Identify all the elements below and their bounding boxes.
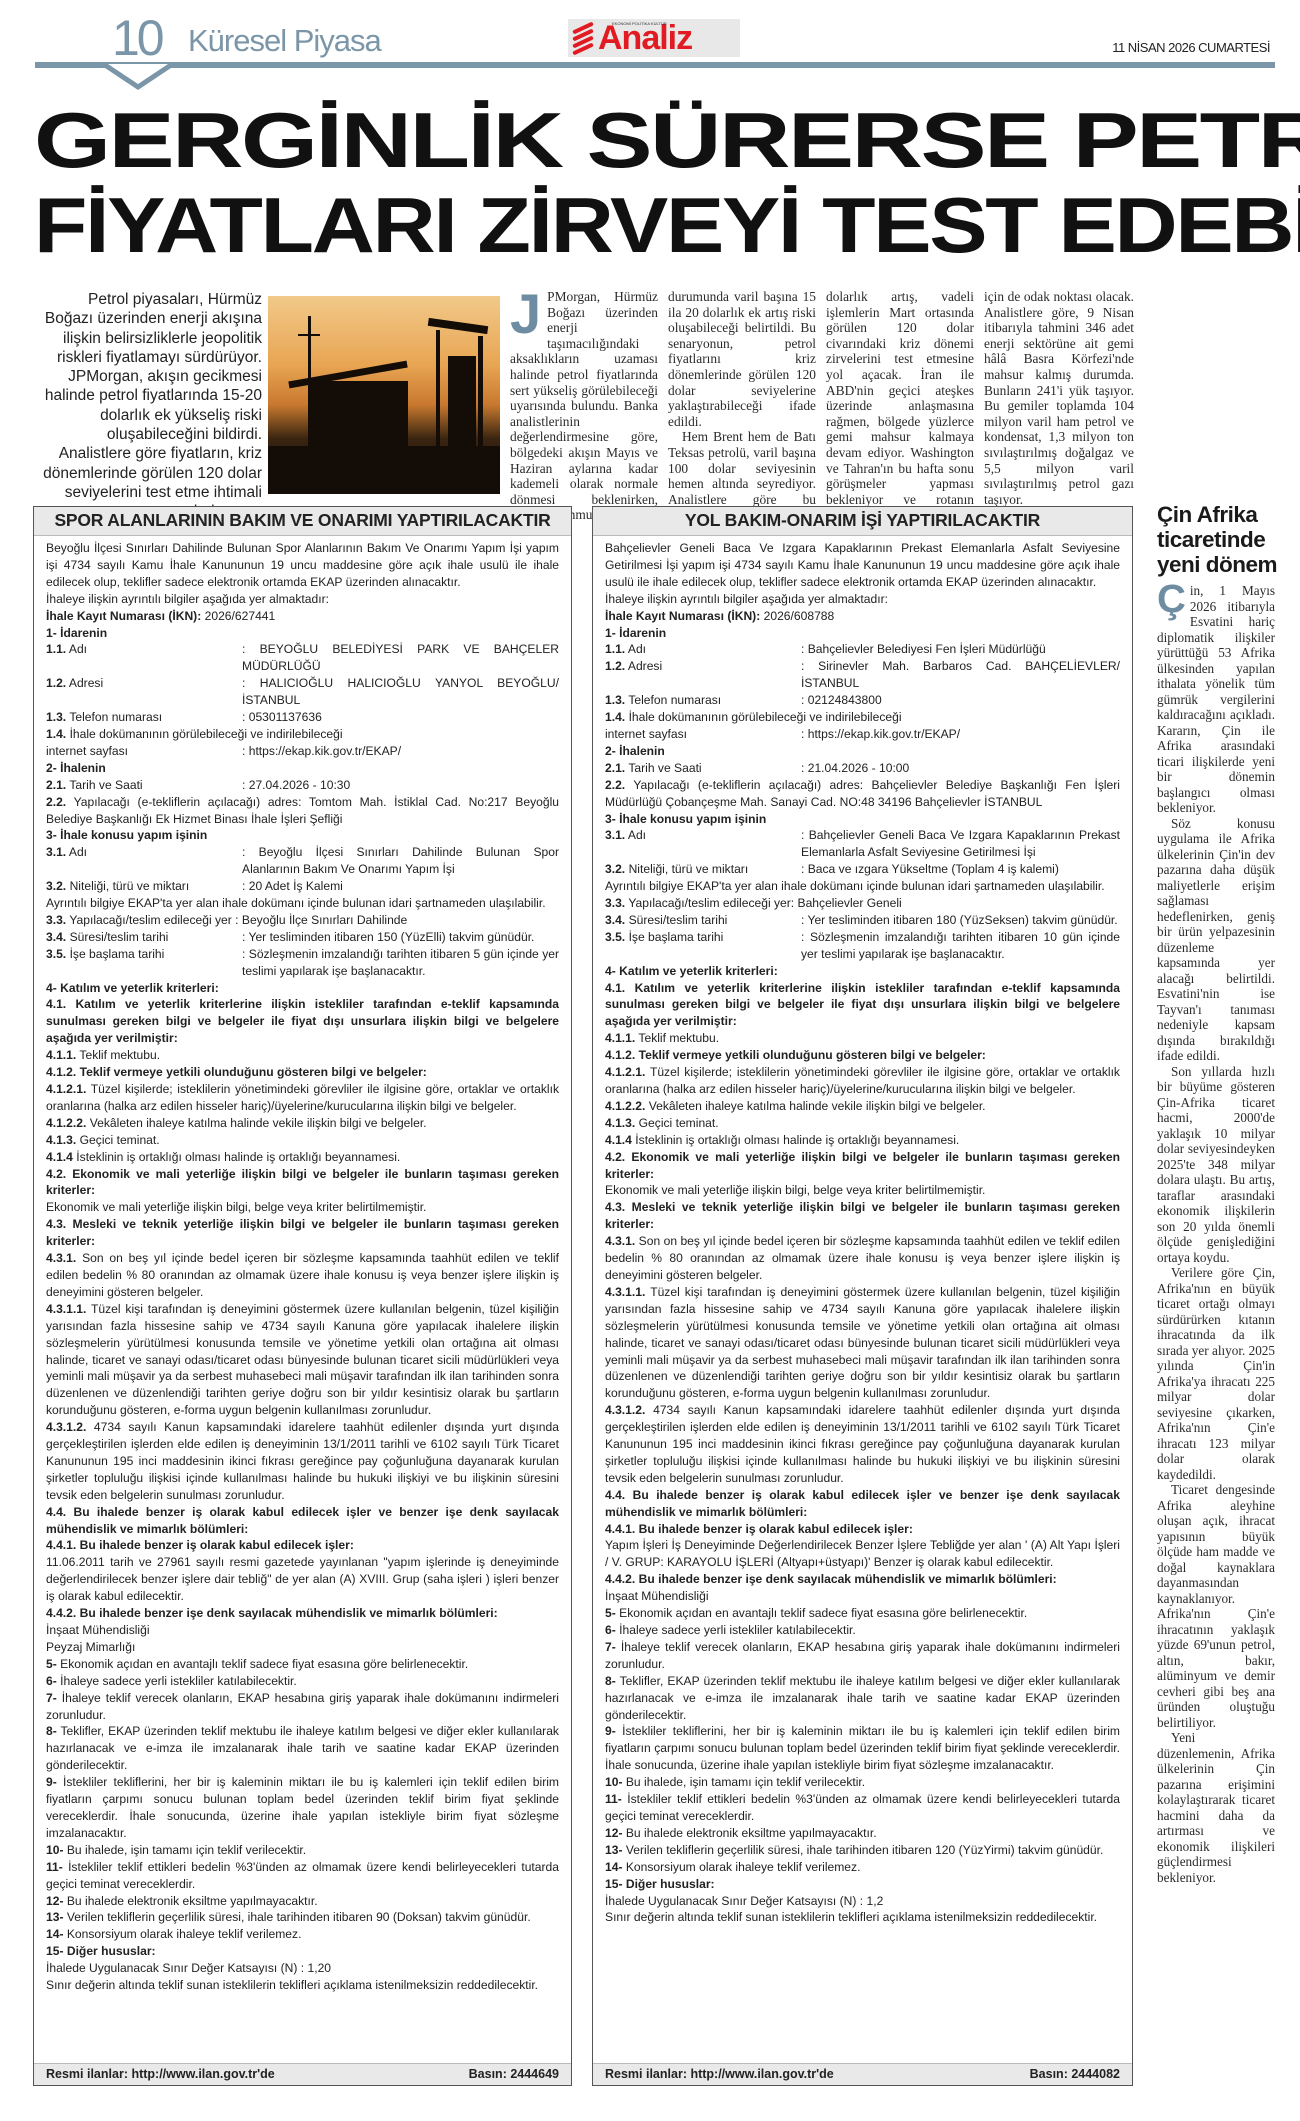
notice-text: : Sirinevler Mah. Barbaros Cad. BAHÇELİE…: [801, 658, 1120, 692]
masthead-rule: [35, 62, 1275, 68]
notice-text: : Baca ve ızgara Yükseltme (Toplam 4 iş …: [801, 861, 1120, 878]
notice-text: İşe başlama tarihi: [70, 947, 165, 961]
section-heading: 1- İdarenin: [605, 625, 1120, 642]
notice-text: 8-: [46, 1724, 57, 1738]
notice-text: Vekâleten ihaleye katılma halinde vekile…: [90, 1116, 427, 1130]
notice-text: 3.4.: [605, 913, 625, 927]
field-paragraph: 4.1.2.2. Vekâleten ihaleye katılma halin…: [46, 1115, 559, 1132]
field-paragraph: 4.1.1. Teklif mektubu.: [605, 1030, 1120, 1047]
notice-text: : Bahçelievler Geneli Baca Ve Izgara Kap…: [801, 827, 1120, 861]
notice-text: Tüzel kişi tarafından iş deneyimini göst…: [605, 1285, 1120, 1400]
field-paragraph: 11- İstekliler teklif ettikleri bedelin …: [605, 1791, 1120, 1825]
notice-text: internet sayfası: [46, 743, 242, 760]
logo-tagline: EKONOMİ POLİTİKA KÜLTÜR: [612, 21, 667, 26]
section-subheading: 4.4.1. Bu ihalede benzer iş olarak kabul…: [46, 1537, 559, 1554]
notice-text: Bu ihalede, işin tamamı için teklif veri…: [67, 1843, 306, 1857]
notice-text: İhaleye teklif verecek olanların, EKAP h…: [46, 1691, 559, 1722]
article-paragraph: durumunda varil başına 15 ila 20 dolarlı…: [668, 289, 816, 429]
notice-text: 3.2.: [46, 879, 66, 893]
section-subheading: 4.4. Bu ihalede benzer iş olarak kabul e…: [605, 1487, 1120, 1521]
notice-text: İhale Kayıt Numarası (İKN):: [605, 609, 760, 623]
section-heading: 2- İhalenin: [605, 743, 1120, 760]
field-paragraph: 6- İhaleye sadece yerli istekliler katıl…: [605, 1622, 1120, 1639]
notice-text: 4.3.1.1.: [605, 1285, 645, 1299]
field-paragraph: Sınır değerin altında teklif sunan istek…: [605, 1909, 1120, 1926]
field-paragraph: 5- Ekonomik açıdan en avantajlı teklif s…: [46, 1656, 559, 1673]
notice-text: İhale dokümanının görülebileceği ve indi…: [70, 727, 343, 741]
notice-intro: Beyoğlu İlçesi Sınırları Dahilinde Bulun…: [46, 540, 559, 591]
field-row: 2.1. Tarih ve Saati: 21.04.2026 - 10:00: [605, 760, 1120, 777]
field-paragraph: 5- Ekonomik açıdan en avantajlı teklif s…: [605, 1605, 1120, 1622]
field-row: 2.1. Tarih ve Saati: 27.04.2026 - 10:30: [46, 777, 559, 794]
notice-text: Telefon numarası: [628, 693, 721, 707]
field-row: 1.2. Adresi: HALICIOĞLU HALICIOĞLU YANYO…: [46, 675, 559, 709]
field-row: internet sayfası: https://ekap.kik.gov.t…: [605, 726, 1120, 743]
field-label: 1.4. İhale dokümanının görülebileceği ve…: [46, 726, 559, 743]
article-column-4: için de odak noktası olacak. Analistlere…: [984, 289, 1134, 507]
field-paragraph: Peyzaj Mimarlığı: [46, 1639, 559, 1656]
notice-text: 11-: [605, 1792, 622, 1806]
notice-text: 4.3.1.: [605, 1234, 635, 1248]
notice-footer: Resmi ilanlar: http://www.ilan.gov.tr'de…: [593, 2063, 1132, 2085]
field-paragraph: 13- Verilen tekliflerin geçerlilik süres…: [46, 1909, 559, 1926]
notice-text: 2.2.: [46, 795, 66, 809]
notice-text: İhaleye teklif verecek olanların, EKAP h…: [605, 1640, 1120, 1671]
notice-text: 2026/608788: [764, 609, 835, 623]
notice-text: Teklifler, EKAP üzerinden teklif mektubu…: [46, 1724, 559, 1772]
notice-text: 1.2.: [605, 659, 625, 673]
headline-line-1: GERGİNLİK SÜRERSE PETROL: [34, 98, 1300, 183]
field-paragraph: 10- Bu ihalede, işin tamamı için teklif …: [605, 1774, 1120, 1791]
notice-text: 4.1.4: [46, 1150, 73, 1164]
notice-text: Bu ihalede elektronik eksiltme yapılmaya…: [67, 1894, 318, 1908]
notice-text: İstekliler teklif ettikleri bedelin %3'ü…: [605, 1792, 1120, 1823]
side-paragraph: Yeni düzenlemenin, Afrika ülkelerinin Çi…: [1157, 1730, 1275, 1885]
notice-text: 3.3.: [46, 913, 66, 927]
section-heading: 3- İhale konusu yapım işinin: [605, 811, 1120, 828]
notice-text: 7-: [605, 1640, 616, 1654]
notice-text: : 21.04.2026 - 10:00: [801, 760, 1120, 777]
section-subheading: 4.3. Mesleki ve teknik yeterliğe ilişkin…: [46, 1216, 559, 1250]
notice-text: 12-: [46, 1894, 63, 1908]
field-paragraph: Ayrıntılı bilgiye EKAP'ta yer alan ihale…: [605, 878, 1120, 895]
notice-text: 1.4.: [605, 710, 625, 724]
notice-text: Tarih ve Saati: [628, 761, 701, 775]
notice-text: : Sözleşmenin imzalandığı tarihten itiba…: [242, 946, 559, 980]
notice-text: Adı: [69, 642, 87, 656]
official-notices-link[interactable]: Resmi ilanlar: http://www.ilan.gov.tr'de: [46, 2066, 275, 2083]
notice-text: İhaleye sadece yerli istekliler katılabi…: [60, 1674, 297, 1688]
notice-text: : Yer tesliminden itibaren 180 (YüzSekse…: [801, 912, 1120, 929]
oil-pumpjack-photo: [268, 296, 500, 494]
notice-text: : Beyoğlu İlçesi Sınırları Dahilinde Bul…: [242, 844, 559, 878]
section-subheading: 4.1. Katılım ve yeterlik kriterlerine il…: [605, 980, 1120, 1031]
notice-text: 3.2.: [605, 862, 625, 876]
notice-intro: Bahçelievler Geneli Baca Ve Izgara Kapak…: [605, 540, 1120, 591]
field-paragraph: 13- Verilen tekliflerin geçerlilik süres…: [605, 1842, 1120, 1859]
article-column-2: durumunda varil başına 15 ila 20 dolarlı…: [668, 289, 816, 523]
section-heading: 4- Katılım ve yeterlik kriterleri:: [605, 963, 1120, 980]
section-heading: 15- Diğer hususlar:: [46, 1943, 559, 1960]
notice-text: 1.4.: [46, 727, 66, 741]
section-subheading: 4.1.2. Teklif vermeye yetkili olunduğunu…: [46, 1064, 559, 1081]
notice-text: Son on beş yıl içinde bedel içeren bir s…: [605, 1234, 1120, 1282]
field-row: 3.5. İşe başlama tarihi: Sözleşmenin imz…: [605, 929, 1120, 963]
notice-text: 4.1.3.: [605, 1116, 635, 1130]
side-story-body: Çin, 1 Mayıs 2026 itibarıyla Esvatini ha…: [1157, 583, 1275, 1885]
notice-text: 3.5.: [605, 930, 625, 944]
notice-text: 4.3.1.2.: [605, 1403, 645, 1417]
notice-text: : BEYOĞLU BELEDİYESİ PARK VE BAHÇELER MÜ…: [242, 641, 559, 675]
notice-text: 10-: [46, 1843, 63, 1857]
article-column-3: dolarlık artış, vadeli işlemlerin Mart o…: [826, 289, 974, 523]
field-paragraph: 4.1.3. Geçici teminat.: [605, 1115, 1120, 1132]
notice-text: Verilen tekliflerin geçerlilik süresi, i…: [67, 1910, 531, 1924]
notice-text: 1.3.: [46, 710, 66, 724]
field-paragraph: 9- İstekliler tekliflerini, her bir iş k…: [605, 1723, 1120, 1774]
notice-text: 4.1.2.2.: [46, 1116, 86, 1130]
side-dropcap-letter: Ç: [1157, 583, 1186, 615]
field-row: 3.5. İşe başlama tarihi: Sözleşmenin imz…: [46, 946, 559, 980]
field-paragraph: 11.06.2011 tarih ve 27961 sayılı resmi g…: [46, 1554, 559, 1605]
side-paragraph: Verilere göre Çin, Afrika'nın en büyük t…: [1157, 1265, 1275, 1482]
field-paragraph: 4.1.2.2. Vekâleten ihaleye katılma halin…: [605, 1098, 1120, 1115]
field-row: 1.2. Adresi: Sirinevler Mah. Barbaros Ca…: [605, 658, 1120, 692]
tender-registration-number: İhale Kayıt Numarası (İKN): 2026/608788: [605, 608, 1120, 625]
field-row: 1.3. Telefon numarası: 02124843800: [605, 692, 1120, 709]
article-paragraph: için de odak noktası olacak. Analistlere…: [984, 289, 1134, 507]
notice-text: Teklifler, EKAP üzerinden teklif mektubu…: [605, 1674, 1120, 1722]
article-column-1: JPMorgan, Hürmüz Boğazı üzerinden enerji…: [510, 289, 658, 523]
article-paragraph: dolarlık artış, vadeli işlemlerin Mart o…: [826, 289, 974, 523]
notice-text: 2.2.: [605, 778, 625, 792]
section-heading: 2- İhalenin: [46, 760, 559, 777]
side-story-title: Çin Afrika ticaretinde yeni dönem: [1157, 502, 1297, 577]
section-subheading: 4.4.2. Bu ihalede benzer işe denk sayıla…: [46, 1605, 559, 1622]
notice-text: Teklif mektubu.: [79, 1048, 160, 1062]
press-code: Basın: 2444649: [469, 2066, 559, 2083]
notice-text: 1.1.: [46, 642, 66, 656]
field-paragraph: 2.2. Yapılacağı (e-tekliflerin açılacağı…: [46, 794, 559, 828]
headline-line-2: FİYATLARI ZİRVEYİ TEST EDEBİLİR: [34, 183, 1300, 268]
field-row: 3.1. Adı: Bahçelievler Geneli Baca Ve Iz…: [605, 827, 1120, 861]
article-lead: Petrol piyasaları, Hürmüz Boğazı üzerind…: [40, 290, 262, 522]
ekap-link[interactable]: : https://ekap.kik.gov.tr/EKAP/: [801, 726, 1120, 743]
notice-text: Tarih ve Saati: [69, 778, 142, 792]
notice-text: Verilen tekliflerin geçerlilik süresi, i…: [626, 1843, 1103, 1857]
notice-text: Ekonomik açıdan en avantajlı teklif sade…: [619, 1606, 1027, 1620]
field-paragraph: 3.3. Yapılacağı/teslim edileceği yer : B…: [46, 912, 559, 929]
section-subheading: 4.4.2. Bu ihalede benzer işe denk sayıla…: [605, 1571, 1120, 1588]
notice-text: Bu ihalede elektronik eksiltme yapılmaya…: [626, 1826, 877, 1840]
field-paragraph: 8- Teklifler, EKAP üzerinden teklif mekt…: [46, 1723, 559, 1774]
section-subheading: 4.2. Ekonomik ve mali yeterliğe ilişkin …: [46, 1166, 559, 1200]
notice-text: 3.1.: [46, 845, 66, 859]
field-paragraph: 2.2. Yapılacağı (e-tekliflerin açılacağı…: [605, 777, 1120, 811]
notice-text: 4.3.1.2.: [46, 1420, 86, 1434]
field-paragraph: 4.3.1.2. 4734 sayılı Kanun kapsamındaki …: [46, 1419, 559, 1504]
field-paragraph: 10- Bu ihalede, işin tamamı için teklif …: [46, 1842, 559, 1859]
notice-intro-2: İhaleye ilişkin ayrıntılı bilgiler aşağı…: [605, 591, 1120, 608]
notice-text: 3.1.: [605, 828, 625, 842]
field-paragraph: 3.3. Yapılacağı/teslim edileceği yer: Ba…: [605, 895, 1120, 912]
notice-text: Konsorsiyum olarak ihaleye teklif verile…: [67, 1927, 302, 1941]
field-row: internet sayfası: https://ekap.kik.gov.t…: [46, 743, 559, 760]
notice-text: Adresi: [628, 659, 662, 673]
field-row: 3.4. Süresi/teslim tarihi: Yer teslimind…: [605, 912, 1120, 929]
field-paragraph: 4.1.1. Teklif mektubu.: [46, 1047, 559, 1064]
field-paragraph: Ayrıntılı bilgiye EKAP'ta yer alan ihale…: [46, 895, 559, 912]
notice-text: 3.3.: [605, 896, 625, 910]
notice-text: İhale dokümanının görülebileceği ve indi…: [629, 710, 902, 724]
notice-text: Teklif mektubu.: [638, 1031, 719, 1045]
notice-text: 1.1.: [605, 642, 625, 656]
notice-text: İstekliler tekliflerini, her bir iş kale…: [605, 1724, 1120, 1772]
notice-text: 13-: [605, 1843, 622, 1857]
notice-footer: Resmi ilanlar: http://www.ilan.gov.tr'de…: [34, 2063, 571, 2085]
logo-swirl-icon: [572, 23, 594, 53]
field-row: 3.2. Niteliği, türü ve miktarı: Baca ve …: [605, 861, 1120, 878]
notice-text: 2.1.: [605, 761, 625, 775]
side-paragraph: Ticaret dengesinde Afrika aleyhine oluşa…: [1157, 1482, 1275, 1730]
field-paragraph: Sınır değerin altında teklif sunan istek…: [46, 1977, 559, 1994]
field-paragraph: Ekonomik ve mali yeterliğe ilişkin bilgi…: [605, 1182, 1120, 1199]
notice-text: 6-: [46, 1674, 57, 1688]
notice-text: 12-: [605, 1826, 622, 1840]
field-paragraph: 4.3.1. Son on beş yıl içinde bedel içere…: [605, 1233, 1120, 1284]
section-title: Küresel Piyasa: [188, 24, 381, 58]
field-label: 1.4. İhale dokümanının görülebileceği ve…: [605, 709, 1120, 726]
notice-text: internet sayfası: [605, 726, 801, 743]
field-paragraph: 4.3.1. Son on beş yıl içinde bedel içere…: [46, 1250, 559, 1301]
notice-text: 1.2.: [46, 676, 66, 690]
field-row: 3.4. Süresi/teslim tarihi: Yer teslimind…: [46, 929, 559, 946]
field-row: 3.1. Adı: Beyoğlu İlçesi Sınırları Dahil…: [46, 844, 559, 878]
issue-date: 11 NİSAN 2026 CUMARTESİ: [1112, 40, 1270, 55]
notice-text: Ekonomik açıdan en avantajlı teklif sade…: [60, 1657, 468, 1671]
field-paragraph: 7- İhaleye teklif verecek olanların, EKA…: [46, 1690, 559, 1724]
notice-text: Tüzel kişilerde; isteklilerin yönetimind…: [605, 1065, 1120, 1096]
side-paragraph: Son yıllarda hızlı bir büyüme gösteren Ç…: [1157, 1064, 1275, 1266]
section-subheading: 4.1.2. Teklif vermeye yetkili olunduğunu…: [605, 1047, 1120, 1064]
notice-text: 14-: [605, 1860, 622, 1874]
tender-registration-number: İhale Kayıt Numarası (İKN): 2026/627441: [46, 608, 559, 625]
notice-text: Geçici teminat.: [80, 1133, 160, 1147]
notice-text: 9-: [46, 1775, 57, 1789]
notice-text: 4.1.4: [605, 1133, 632, 1147]
notice-text: 2026/627441: [205, 609, 276, 623]
notice-text: 14-: [46, 1927, 63, 1941]
notice-text: Yapılacağı (e-tekliflerin açılacağı) adr…: [46, 795, 559, 826]
notice-text: 11-: [46, 1860, 63, 1874]
notice-text: : 20 Adet İş Kalemi: [242, 878, 559, 895]
field-paragraph: İnşaat Mühendisliği: [46, 1622, 559, 1639]
tender-notice-road: YOL BAKIM-ONARIM İŞİ YAPTIRILACAKTIR Bah…: [592, 506, 1133, 2086]
notice-text: İhaleye sadece yerli istekliler katılabi…: [619, 1623, 856, 1637]
section-subheading: 4.4. Bu ihalede benzer iş olarak kabul e…: [46, 1504, 559, 1538]
notice-text: : Bahçelievler Belediyesi Fen İşleri Müd…: [801, 641, 1120, 658]
notice-text: 4.1.1.: [46, 1048, 76, 1062]
section-heading: 4- Katılım ve yeterlik kriterleri:: [46, 980, 559, 997]
notice-text: Yapılacağı (e-tekliflerin açılacağı) adr…: [605, 778, 1120, 809]
notice-text: Bu ihalede, işin tamamı için teklif veri…: [626, 1775, 865, 1789]
field-paragraph: 14- Konsorsiyum olarak ihaleye teklif ve…: [46, 1926, 559, 1943]
dropcap-letter: J: [510, 291, 541, 337]
field-row: 1.1. Adı: BEYOĞLU BELEDİYESİ PARK VE BAH…: [46, 641, 559, 675]
field-row: 1.3. Telefon numarası: 05301137636: [46, 709, 559, 726]
section-heading: 15- Diğer hususlar:: [605, 1876, 1120, 1893]
field-paragraph: 4.3.1.1. Tüzel kişi tarafından iş deneyi…: [46, 1301, 559, 1419]
notice-text: İsteklinin iş ortaklığı olması halinde i…: [76, 1150, 400, 1164]
field-paragraph: 4.1.2.1. Tüzel kişilerde; isteklilerin y…: [46, 1081, 559, 1115]
notice-text: Adresi: [69, 676, 103, 690]
notice-text: Son on beş yıl içinde bedel içeren bir s…: [46, 1251, 559, 1299]
notice-text: : Yer tesliminden itibaren 150 (YüzElli)…: [242, 929, 559, 946]
section-heading: 1- İdarenin: [46, 625, 559, 642]
notice-text: Adı: [628, 642, 646, 656]
field-paragraph: İhalede Uygulanacak Sınır Değer Katsayıs…: [46, 1960, 559, 1977]
press-code: Basın: 2444082: [1030, 2066, 1120, 2083]
notice-text: 4734 sayılı Kanun kapsamındaki idarelere…: [605, 1403, 1120, 1485]
field-paragraph: İnşaat Mühendisliği: [605, 1588, 1120, 1605]
field-paragraph: 4.1.4 İsteklinin iş ortaklığı olması hal…: [46, 1149, 559, 1166]
field-paragraph: 4.1.4 İsteklinin iş ortaklığı olması hal…: [605, 1132, 1120, 1149]
notice-text: 5-: [46, 1657, 57, 1671]
notice-text: Konsorsiyum olarak ihaleye teklif verile…: [626, 1860, 861, 1874]
notice-text: 1.3.: [605, 693, 625, 707]
notice-text: 10-: [605, 1775, 622, 1789]
field-paragraph: 4.1.2.1. Tüzel kişilerde; isteklilerin y…: [605, 1064, 1120, 1098]
field-row: 3.2. Niteliği, türü ve miktarı: 20 Adet …: [46, 878, 559, 895]
section-heading: 3- İhale konusu yapım işinin: [46, 827, 559, 844]
section-subheading: 4.2. Ekonomik ve mali yeterliğe ilişkin …: [605, 1149, 1120, 1183]
ekap-link[interactable]: : https://ekap.kik.gov.tr/EKAP/: [242, 743, 559, 760]
notice-text: Süresi/teslim tarihi: [629, 913, 728, 927]
notice-text: 9-: [605, 1724, 616, 1738]
notice-body: Beyoğlu İlçesi Sınırları Dahilinde Bulun…: [34, 536, 571, 1994]
notice-text: 3.4.: [46, 930, 66, 944]
notice-text: İhale Kayıt Numarası (İKN):: [46, 609, 201, 623]
notice-title: YOL BAKIM-ONARIM İŞİ YAPTIRILACAKTIR: [593, 507, 1132, 536]
notice-text: : 27.04.2026 - 10:30: [242, 777, 559, 794]
notice-text: Geçici teminat.: [639, 1116, 719, 1130]
notice-title: SPOR ALANLARININ BAKIM VE ONARIMI YAPTIR…: [34, 507, 571, 536]
notice-text: : HALICIOĞLU HALICIOĞLU YANYOL BEYOĞLU/İ…: [242, 675, 559, 709]
notice-text: Adı: [628, 828, 646, 842]
masthead: 10 Küresel Piyasa EKONOMİ POLİTİKA KÜLTÜ…: [0, 0, 1300, 80]
notice-text: 6-: [605, 1623, 616, 1637]
field-paragraph: 14- Konsorsiyum olarak ihaleye teklif ve…: [605, 1859, 1120, 1876]
field-paragraph: 7- İhaleye teklif verecek olanların, EKA…: [605, 1639, 1120, 1673]
notice-text: 4734 sayılı Kanun kapsamındaki idarelere…: [46, 1420, 559, 1502]
notice-text: İşe başlama tarihi: [629, 930, 724, 944]
notice-text: : Sözleşmenin imzalandığı tarihten itiba…: [801, 929, 1120, 963]
notice-text: Tüzel kişi tarafından iş deneyimini göst…: [46, 1302, 559, 1417]
official-notices-link[interactable]: Resmi ilanlar: http://www.ilan.gov.tr'de: [605, 2066, 834, 2083]
notice-text: Vekâleten ihaleye katılma halinde vekile…: [649, 1099, 986, 1113]
section-subheading: 4.1. Katılım ve yeterlik kriterlerine il…: [46, 996, 559, 1047]
notice-text: 4.1.1.: [605, 1031, 635, 1045]
notice-body: Bahçelievler Geneli Baca Ve Izgara Kapak…: [593, 536, 1132, 1926]
section-subheading: 4.4.1. Bu ihalede benzer iş olarak kabul…: [605, 1521, 1120, 1538]
notice-text: 4.1.2.1.: [605, 1065, 645, 1079]
notice-text: Tüzel kişilerde; isteklilerin yönetimind…: [46, 1082, 559, 1113]
notice-text: İstekliler tekliflerini, her bir iş kale…: [46, 1775, 559, 1840]
tender-notice-sports: SPOR ALANLARININ BAKIM VE ONARIMI YAPTIR…: [33, 506, 572, 2086]
field-paragraph: 12- Bu ihalede elektronik eksiltme yapıl…: [605, 1825, 1120, 1842]
field-paragraph: 11- İstekliler teklif ettikleri bedelin …: [46, 1859, 559, 1893]
notice-text: İstekliler teklif ettikleri bedelin %3'ü…: [46, 1860, 559, 1891]
notice-text: 5-: [605, 1606, 616, 1620]
field-paragraph: İhalede Uygulanacak Sınır Değer Katsayıs…: [605, 1893, 1120, 1910]
page-number: 10: [112, 14, 162, 62]
notice-text: : 05301137636: [242, 709, 559, 726]
page-headline: GERGİNLİK SÜRERSE PETROL FİYATLARI ZİRVE…: [34, 98, 1274, 268]
notice-text: Telefon numarası: [69, 710, 162, 724]
notice-intro-2: İhaleye ilişkin ayrıntılı bilgiler aşağı…: [46, 591, 559, 608]
field-paragraph: Ekonomik ve mali yeterliğe ilişkin bilgi…: [46, 1199, 559, 1216]
field-paragraph: 4.3.1.2. 4734 sayılı Kanun kapsamındaki …: [605, 1402, 1120, 1487]
notice-text: 3.5.: [46, 947, 66, 961]
newspaper-logo: EKONOMİ POLİTİKA KÜLTÜR Analiz: [568, 19, 740, 57]
field-paragraph: 4.1.3. Geçici teminat.: [46, 1132, 559, 1149]
side-paragraph: Söz konusu uygulama ile Afrika ülkelerin…: [1157, 816, 1275, 1064]
field-row: 1.1. Adı: Bahçelievler Belediyesi Fen İş…: [605, 641, 1120, 658]
field-paragraph: 8- Teklifler, EKAP üzerinden teklif mekt…: [605, 1673, 1120, 1724]
section-subheading: 4.3. Mesleki ve teknik yeterliğe ilişkin…: [605, 1199, 1120, 1233]
masthead-chevron-icon: [102, 66, 174, 90]
notice-text: Yapılacağı/teslim edileceği yer: Bahçeli…: [628, 896, 901, 910]
notice-text: Süresi/teslim tarihi: [70, 930, 169, 944]
notice-text: 4.3.1.1.: [46, 1302, 86, 1316]
field-paragraph: 6- İhaleye sadece yerli istekliler katıl…: [46, 1673, 559, 1690]
field-paragraph: 12- Bu ihalede elektronik eksiltme yapıl…: [46, 1893, 559, 1910]
field-paragraph: 4.3.1.1. Tüzel kişi tarafından iş deneyi…: [605, 1284, 1120, 1402]
notice-text: 7-: [46, 1691, 57, 1705]
notice-text: Adı: [69, 845, 87, 859]
notice-text: İsteklinin iş ortaklığı olması halinde i…: [635, 1133, 959, 1147]
field-paragraph: Yapım İşleri İş Deneyiminde Değerlendiri…: [605, 1537, 1120, 1571]
notice-text: 8-: [605, 1674, 616, 1688]
notice-text: Niteliği, türü ve miktarı: [70, 879, 190, 893]
field-paragraph: 9- İstekliler tekliflerini, her bir iş k…: [46, 1774, 559, 1842]
notice-text: 13-: [46, 1910, 63, 1924]
notice-text: 4.1.2.2.: [605, 1099, 645, 1113]
notice-text: 4.1.2.1.: [46, 1082, 86, 1096]
notice-text: 2.1.: [46, 778, 66, 792]
notice-text: : 02124843800: [801, 692, 1120, 709]
notice-text: Yapılacağı/teslim edileceği yer : Beyoğl…: [69, 913, 407, 927]
notice-text: 4.1.3.: [46, 1133, 76, 1147]
notice-text: Niteliği, türü ve miktarı: [629, 862, 749, 876]
notice-text: 4.3.1.: [46, 1251, 76, 1265]
